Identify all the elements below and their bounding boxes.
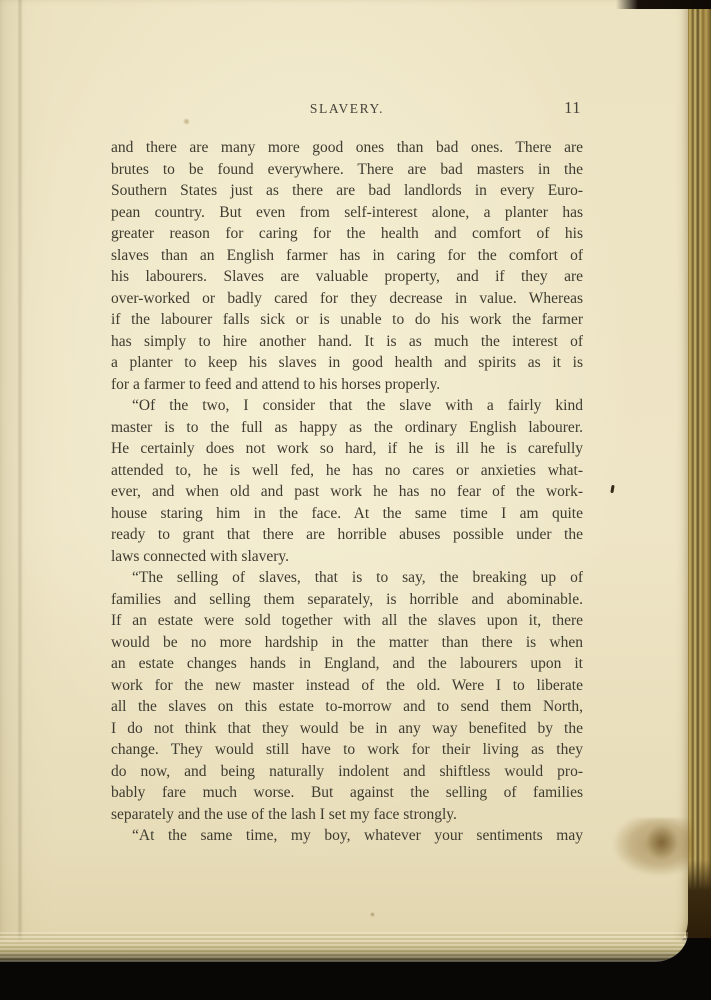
text-line: bably fare much worse. But against the s… — [111, 782, 583, 804]
text-line: would be no more hardship in the matter … — [111, 632, 583, 654]
gutter-fold-line — [17, 0, 23, 958]
running-title: SLAVERY. — [111, 101, 583, 117]
text-line: slaves than an English farmer has in car… — [111, 245, 583, 267]
page-header: SLAVERY. 11 — [111, 98, 583, 122]
stain-spot-core — [646, 824, 678, 860]
text-line: ready to grant that there are horrible a… — [111, 524, 583, 546]
text-line: “At the same time, my boy, whatever your… — [111, 825, 583, 847]
paper-speck — [370, 912, 375, 917]
text-line: brutes to be found everywhere. There are… — [111, 159, 583, 181]
text-line: families and selling them separately, is… — [111, 589, 583, 611]
text-line: over-worked or badly cared for they decr… — [111, 288, 583, 310]
text-line: and there are many more good ones than b… — [111, 137, 583, 159]
background-bottom — [0, 960, 711, 1000]
text-line: attended to, he is well fed, he has no c… — [111, 460, 583, 482]
text-line: change. They would still have to work fo… — [111, 739, 583, 761]
text-line: Southern States just as there are bad la… — [111, 180, 583, 202]
text-line: He certainly does not work so hard, if h… — [111, 438, 583, 460]
text-line: do now, and being naturally indolent and… — [111, 761, 583, 783]
book-page: SLAVERY. 11 and there are many more good… — [0, 0, 688, 962]
top-edge-shadow — [616, 0, 711, 9]
text-line: has simply to hire another hand. It is a… — [111, 331, 583, 353]
text-line: his labourers. Slaves are valuable prope… — [111, 266, 583, 288]
ink-mark — [610, 485, 614, 493]
text-line: work for the new master instead of the o… — [111, 675, 583, 697]
text-line: a planter to keep his slaves in good hea… — [111, 352, 583, 374]
text-line: master is to the full as happy as the or… — [111, 417, 583, 439]
text-line: for a farmer to feed and attend to his h… — [111, 374, 583, 396]
text-line: “Of the two, I consider that the slave w… — [111, 395, 583, 417]
text-line: ever, and when old and past work he has … — [111, 481, 583, 503]
text-line: If an estate were sold together with all… — [111, 610, 583, 632]
text-line: separately and the use of the lash I set… — [111, 804, 583, 826]
text-line: all the slaves on this estate to-morrow … — [111, 696, 583, 718]
text-line: I do not think that they would be in any… — [111, 718, 583, 740]
text-line: if the labourer falls sick or is unable … — [111, 309, 583, 331]
page-text: and there are many more good ones than b… — [111, 137, 583, 847]
text-line: “The selling of slaves, that is to say, … — [111, 567, 583, 589]
text-line: an estate changes hands in England, and … — [111, 653, 583, 675]
text-line: pean country. But even from self-interes… — [111, 202, 583, 224]
text-line: laws connected with slavery. — [111, 546, 583, 568]
text-line: house staring him in the face. At the sa… — [111, 503, 583, 525]
page-number: 11 — [564, 98, 581, 118]
text-line: greater reason for caring for the health… — [111, 223, 583, 245]
